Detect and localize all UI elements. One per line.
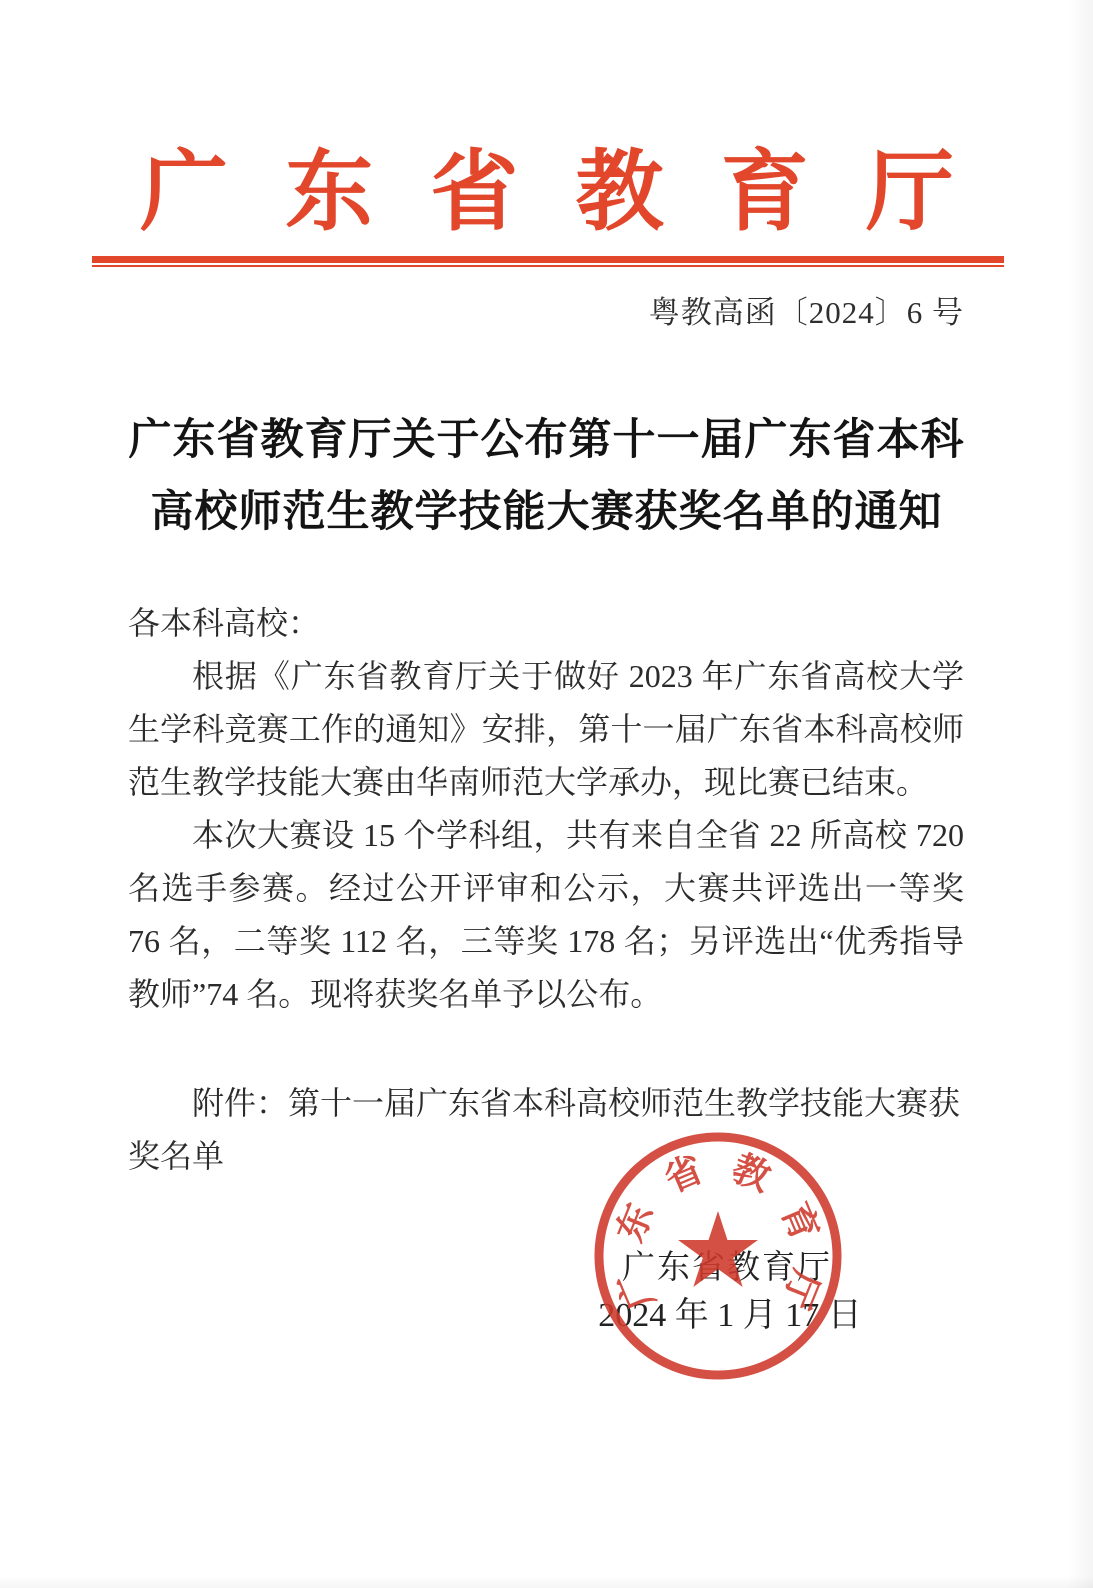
- header-rule-thin: [92, 265, 1004, 267]
- header-rule-thick: [92, 256, 1004, 263]
- signature-org: 广东省教育厅: [527, 1250, 927, 1286]
- notice-title-line2: 高校师范生教学技能大赛获奖名单的通知: [0, 477, 1093, 549]
- body-paragraph-2: 本次大赛设 15 个学科组，共有来自全省 22 所高校 720 名选手参赛。经过…: [128, 809, 964, 1021]
- salutation: 各本科高校：: [128, 597, 964, 650]
- signature-date: 2024 年 1 月 17 日: [527, 1297, 933, 1335]
- document-number: 粤教高函〔2024〕6 号: [649, 293, 964, 333]
- notice-title: 广东省教育厅关于公布第十一届广东省本科 高校师范生教学技能大赛获奖名单的通知: [0, 405, 1093, 549]
- letterhead-char: 东: [285, 148, 373, 240]
- body-paragraph-1: 根据《广东省教育厅关于做好 2023 年广东省高校大学生学科竞赛工作的通知》安排…: [128, 650, 964, 809]
- header-rule: [92, 256, 1004, 267]
- notice-title-line1: 广东省教育厅关于公布第十一届广东省本科: [0, 405, 1093, 477]
- letterhead-title: 广东省教育厅: [140, 148, 954, 240]
- seal-ring-char: 东: [609, 1198, 662, 1248]
- letterhead-char: 省: [430, 148, 518, 240]
- letterhead-char: 广: [140, 148, 228, 240]
- document-page: 广东省教育厅 粤教高函〔2024〕6 号 广东省教育厅关于公布第十一届广东省本科…: [0, 0, 1093, 1588]
- scan-shading-right: [1067, 0, 1093, 1588]
- scan-shading-bottom: [0, 1576, 1093, 1588]
- attachment-line: 附件：第十一届广东省本科高校师范生教学技能大赛获奖名单: [128, 1077, 964, 1183]
- letterhead-char: 教: [576, 148, 664, 240]
- letterhead-char: 厅: [866, 148, 954, 240]
- seal-ring-char: 育: [773, 1197, 826, 1247]
- letterhead-char: 育: [721, 148, 809, 240]
